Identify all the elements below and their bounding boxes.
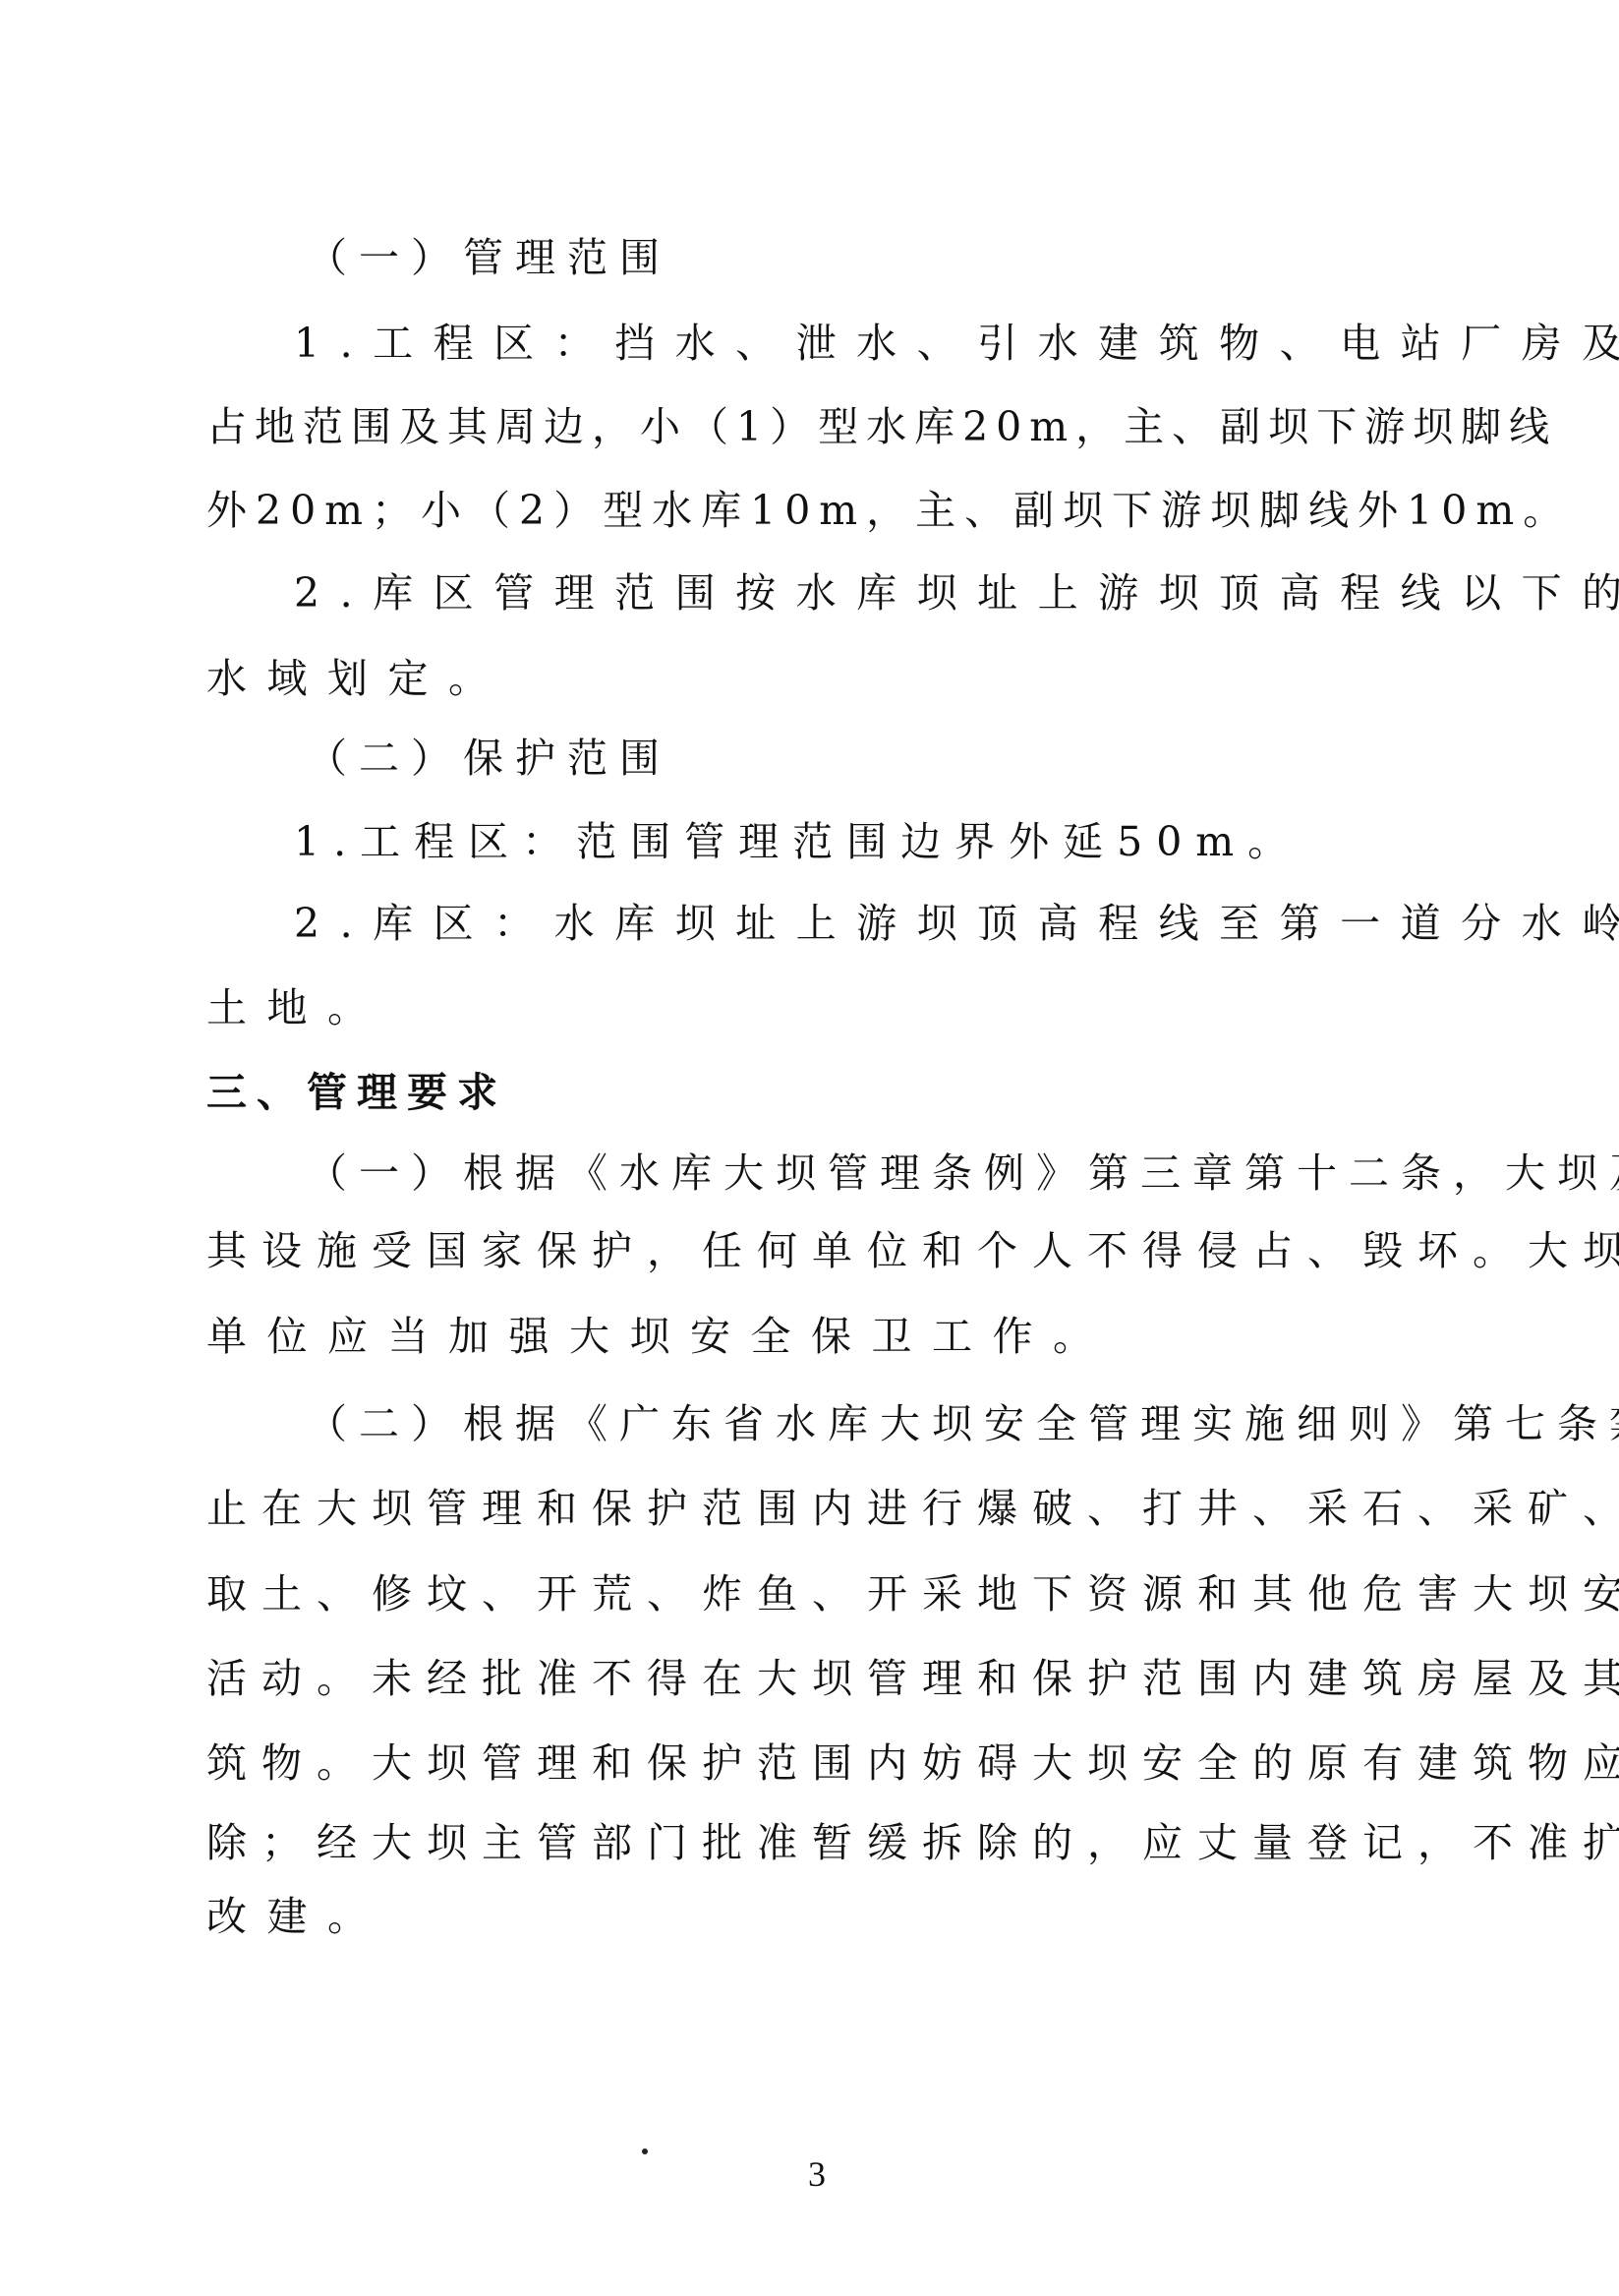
scan-speck — [642, 2149, 648, 2154]
paragraph-line: 其设施受国家保护，任何单位和个人不得侵占、毁坏。大坝管理 — [206, 1221, 1619, 1280]
section-heading-management-scope: （一）管理范围 — [307, 228, 671, 287]
paragraph-line: 单位应当加强大坝安全保卫工作。 — [206, 1307, 1114, 1366]
paragraph-line: 水域划定。 — [206, 649, 509, 708]
paragraph-line: （一）根据《水库大坝管理条例》第三章第十二条，大坝及 — [307, 1144, 1619, 1203]
paragraph-line: 2.库区：水库坝址上游坝顶高程线至第一道分水岭脊之间的 — [294, 894, 1619, 953]
paragraph-line: 1.工程区：挡水、泄水、引水建筑物、电站厂房及管养房的 — [294, 314, 1619, 373]
paragraph-line: 止在大坝管理和保护范围内进行爆破、打井、采石、采矿、挖沙、 — [206, 1479, 1619, 1538]
paragraph-line: 外20m；小（2）型水库10m，主、副坝下游坝脚线外10m。 — [206, 481, 1572, 540]
paragraph-line: 1.工程区：范围管理范围边界外延50m。 — [294, 812, 1301, 871]
page-number: 3 — [808, 2153, 826, 2195]
paragraph-line: 土地。 — [206, 978, 388, 1037]
paragraph-line: 除；经大坝主管部门批准暂缓拆除的，应丈量登记，不准扩建、 — [206, 1813, 1619, 1872]
paragraph-line: 改建。 — [206, 1887, 388, 1946]
paragraph-line: 占地范围及其周边，小（1）型水库20m，主、副坝下游坝脚线 — [206, 397, 1557, 456]
section-heading-management-requirements: 三、管理要求 — [206, 1063, 507, 1122]
paragraph-line: 筑物。大坝管理和保护范围内妨碍大坝安全的原有建筑物应予拆 — [206, 1734, 1619, 1793]
paragraph-line: 活动。未经批准不得在大坝管理和保护范围内建筑房屋及其他建 — [206, 1649, 1619, 1708]
section-heading-protection-scope: （二）保护范围 — [307, 729, 671, 788]
paragraph-line: 取土、修坟、开荒、炸鱼、开采地下资源和其他危害大坝安全的 — [206, 1564, 1619, 1623]
paragraph-line: 2.库区管理范围按水库坝址上游坝顶高程线以下的土地和 — [294, 563, 1619, 622]
paragraph-line: （二）根据《广东省水库大坝安全管理实施细则》第七条禁 — [307, 1394, 1619, 1453]
